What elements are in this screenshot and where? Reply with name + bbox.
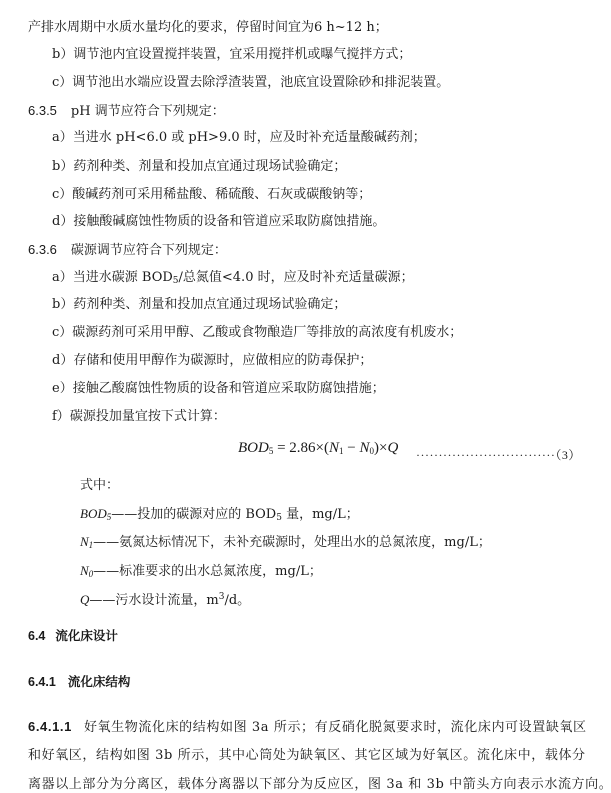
clause-title: pH 调节应符合下列规定： <box>71 104 225 119</box>
item-label: b） <box>52 159 73 174</box>
item-label: a） <box>52 270 73 285</box>
paragraph-text: 好氧生物流化床的结构如图 3a 所示；有反硝化脱氮要求时，流化床内可设置缺氧区 <box>84 720 587 735</box>
variable-definition: Q——污水设计流量，m3/d。 <box>80 592 250 609</box>
item-text: 存储和使用甲醇作为碳源时，应做相应的防毒保护； <box>73 353 372 368</box>
where-intro: 式中： <box>80 478 119 494</box>
item-text: 药剂种类、剂量和投加点宜通过现场试验确定； <box>73 297 346 312</box>
var-desc: 投加的碳源对应的 BOD <box>137 507 276 522</box>
variable-definition: N0——标准要求的出水总氮浓度，mg/L； <box>80 563 322 580</box>
var-desc: 氨氮达标情况下，未补充碳源时，处理出水的总氮浓度，mg/L； <box>119 535 491 550</box>
item-label: a） <box>52 130 73 145</box>
formula-var: N <box>329 440 339 456</box>
formula-3: BOD5 = 2.86×(N1 − N0)×Q <box>238 440 398 457</box>
equation-label: （3） <box>555 448 581 462</box>
list-item: b）药剂种类、剂量和投加点宜通过现场试验确定； <box>52 297 346 313</box>
item-text: 接触酸碱腐蚀性物质的设备和管道应采取防腐蚀措施。 <box>73 214 385 229</box>
list-item: b）药剂种类、剂量和投加点宜通过现场试验确定； <box>52 159 346 175</box>
section-title: 流化床设计 <box>55 628 118 643</box>
variable-definition: BOD5——投加的碳源对应的 BOD5 量，mg/L； <box>80 506 359 523</box>
section-number: 6.4.1 <box>28 675 56 689</box>
var-desc: 污水设计流量，m <box>115 593 218 608</box>
item-text: 碳源投加量宜按下式计算： <box>70 409 226 424</box>
item-text: 调节池内宜设置搅拌装置，宜采用搅拌机或曝气搅拌方式； <box>73 47 411 62</box>
section-6-4-1: 6.4.1流化床结构 <box>28 674 130 690</box>
paragraph-line: 6.4.1.1好氧生物流化床的结构如图 3a 所示；有反硝化脱氮要求时，流化床内… <box>28 719 584 736</box>
formula-lhs: BOD <box>238 440 269 456</box>
item-text: /总氮值<4.0 时，应及时补充适量碳源； <box>179 270 414 285</box>
item-label: d） <box>52 353 73 368</box>
list-item: f）碳源投加量宜按下式计算： <box>52 409 226 425</box>
list-item: c）调节池出水端应设置去除浮渣装置，池底宜设置除砂和排泥装置。 <box>52 75 449 91</box>
var-symbol: N <box>80 563 89 578</box>
section-6-4: 6.4流化床设计 <box>28 628 118 644</box>
paragraph-line: 和好氧区，结构如图 3b 所示，其中心筒处为缺氧区、其它区域为好氧区。流化床中，… <box>28 748 584 764</box>
item-text: 调节池出水端应设置去除浮渣装置，池底宜设置除砂和排泥装置。 <box>72 75 449 90</box>
var-desc: /d。 <box>224 593 250 608</box>
section-number: 6.4 <box>28 629 45 643</box>
list-item: c）酸碱药剂可采用稀盐酸、稀硫酸、石灰或碳酸钠等； <box>52 187 371 203</box>
list-item: b）调节池内宜设置搅拌装置，宜采用搅拌机或曝气搅拌方式； <box>52 47 411 63</box>
var-symbol: BOD <box>80 506 107 521</box>
clause-6-3-6: 6.3.6碳源调节应符合下列规定： <box>28 242 227 259</box>
paragraph-line: 离器以上部分为分离区，载体分离器以下部分为反应区，图 3a 和 3b 中箭头方向… <box>28 777 584 793</box>
var-desc: 量，mg/L； <box>282 507 359 522</box>
clause-number: 6.4.1.1 <box>28 719 72 734</box>
var-symbol: N <box>80 534 89 549</box>
item-label: c） <box>52 187 72 202</box>
list-item: d）接触酸碱腐蚀性物质的设备和管道应采取防腐蚀措施。 <box>52 214 385 230</box>
list-item: d）存储和使用甲醇作为碳源时，应做相应的防毒保护； <box>52 353 372 369</box>
item-label: c） <box>52 325 72 340</box>
list-item: c）碳源药剂可采用甲醇、乙酸或食物酿造厂等排放的高浓度有机废水； <box>52 325 462 341</box>
list-item: a）当进水 pH<6.0 或 pH>9.0 时，应及时补充适量酸碱药剂； <box>52 130 426 146</box>
clause-number: 6.3.5 <box>28 103 57 118</box>
section-title: 流化床结构 <box>68 674 131 689</box>
list-item: a）当进水碳源 BOD5/总氮值<4.0 时，应及时补充适量碳源； <box>52 270 414 286</box>
item-label: d） <box>52 214 73 229</box>
item-text: 当进水碳源 BOD <box>73 270 173 285</box>
item-text: 药剂种类、剂量和投加点宜通过现场试验确定； <box>73 159 346 174</box>
variable-definition: N1——氨氮达标情况下，未补充碳源时，处理出水的总氮浓度，mg/L； <box>80 534 491 551</box>
dash: —— <box>93 535 119 550</box>
continuation-text: 产排水周期中水质水量均化的要求，停留时间宜为6 h~12 h； <box>28 20 388 36</box>
formula-operator: )× <box>374 440 387 456</box>
var-desc: 标准要求的出水总氮浓度，mg/L； <box>119 564 322 579</box>
clause-number: 6.3.6 <box>28 242 57 257</box>
item-text: 接触乙酸腐蚀性物质的设备和管道应采取防腐蚀措施； <box>73 381 385 396</box>
item-label: b） <box>52 297 73 312</box>
dash: —— <box>89 593 115 608</box>
formula-var: N <box>359 440 369 456</box>
list-item: e）接触乙酸腐蚀性物质的设备和管道应采取防腐蚀措施； <box>52 381 385 397</box>
item-label: e） <box>52 381 73 396</box>
dash: —— <box>93 564 119 579</box>
formula-var: Q <box>387 440 398 456</box>
clause-title: 碳源调节应符合下列规定： <box>71 243 227 258</box>
clause-6-3-5: 6.3.5pH 调节应符合下列规定： <box>28 103 225 120</box>
item-text: 酸碱药剂可采用稀盐酸、稀硫酸、石灰或碳酸钠等； <box>72 187 371 202</box>
dot-leader: ······························· <box>416 448 555 462</box>
dash: —— <box>111 507 137 522</box>
formula-operator: − <box>344 440 360 456</box>
formula-operator: = 2.86×( <box>273 440 329 456</box>
item-label: f） <box>52 409 70 424</box>
equation-number: ·······························（3） <box>416 446 581 463</box>
item-text: 碳源药剂可采用甲醇、乙酸或食物酿造厂等排放的高浓度有机废水； <box>72 325 462 340</box>
item-label: c） <box>52 75 72 90</box>
var-symbol: Q <box>80 592 89 607</box>
item-label: b） <box>52 47 73 62</box>
item-text: 当进水 pH<6.0 或 pH>9.0 时，应及时补充适量酸碱药剂； <box>73 130 426 145</box>
